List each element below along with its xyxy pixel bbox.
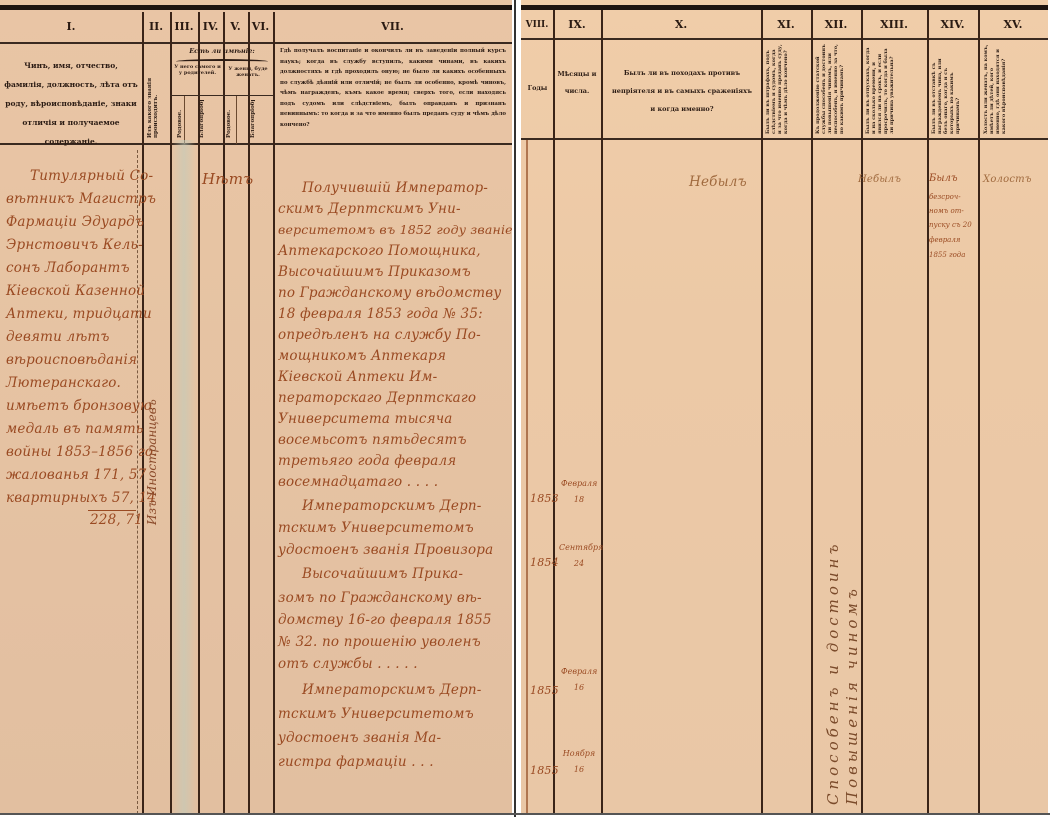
header-retirement: Былъ ли въ отставкѣ съ награжденіемъ чин… xyxy=(931,44,974,134)
col-number-3: III. xyxy=(170,13,198,41)
col-number-12: XII. xyxy=(811,11,861,39)
header-penalties: Былъ ли въ штрафахъ, подъ слѣдствіемъ и … xyxy=(765,44,807,134)
col-number-1: I. xyxy=(0,13,142,41)
header-campaigns: Былъ ли въ походахъ противъ непріятеля и… xyxy=(609,64,755,118)
right-page-service-record: VIII. IX. X. XI. XII. XIII. XIV. XV. Год… xyxy=(521,0,1048,814)
left-page-service-record: I. II. III. IV. V. VI. VII. Чинъ, имя, о… xyxy=(0,0,512,814)
col-number-4: IV. xyxy=(198,13,223,41)
header-marital-status: Холостъ или женатъ, на комъ, имѣетъ ли д… xyxy=(983,44,1043,134)
header-estates-wife: У жены, буде женатъ. xyxy=(224,66,272,78)
col-number-9: IX. xyxy=(553,11,601,39)
fitness-entry-line-1: Способенъ и достоинъ xyxy=(824,250,842,805)
campaigns-entry: Небылъ xyxy=(689,174,747,190)
page-divider xyxy=(514,0,516,817)
header-years: Годы xyxy=(522,84,553,92)
col-number-2: II. xyxy=(142,13,170,41)
header-months-days: Мѣсяцы и числа. xyxy=(557,66,597,100)
header-origin: Изъ какого званія происходитъ. xyxy=(147,50,165,138)
col-number-5: V. xyxy=(223,13,248,41)
col-number-8: VIII. xyxy=(521,11,553,39)
col-number-11: XI. xyxy=(761,11,811,39)
col-number-15: XV. xyxy=(978,11,1048,39)
header-col5: Родовое. xyxy=(226,100,238,138)
col-number-14: XIV. xyxy=(927,11,978,39)
col-number-13: XIII. xyxy=(861,11,927,39)
estates-entry: Нѣтъ xyxy=(202,170,253,188)
origin-entry: Изъ Иностранцевъ xyxy=(145,395,159,525)
header-rule xyxy=(0,42,512,44)
marital-status-entry: Холостъ xyxy=(983,174,1032,185)
header-col6: Благопріобрѣтенное. xyxy=(250,100,264,138)
col-number-6: VI. xyxy=(248,13,273,41)
header-col3: Родовое. xyxy=(177,100,189,138)
header-rank-name: Чинъ, имя, отчество, фамилія, должность,… xyxy=(4,56,138,151)
leaves-entry: Небылъ xyxy=(858,174,901,185)
header-leaves: Былъ ли въ отпускахъ, когда и на сколько… xyxy=(865,44,923,134)
col-number-7: VII. xyxy=(273,13,512,41)
header-service-history: Гдѣ получалъ воспитаніе и окончилъ ли въ… xyxy=(280,46,506,130)
top-rule xyxy=(0,5,512,10)
header-estates: Есть ли имѣніе: xyxy=(172,47,272,55)
header-col4: Благопріобрѣтенное. xyxy=(199,100,213,138)
col-number-10: X. xyxy=(601,11,761,39)
salary-total: 228, 71 xyxy=(90,512,143,528)
header-fitness-for-service: Къ продолженію статской службы способенъ… xyxy=(815,44,857,134)
fitness-entry-line-2: Повышенія чиномъ xyxy=(843,250,861,805)
header-estates-self: У него самого и у родителей. xyxy=(172,64,223,76)
bottom-border xyxy=(0,813,1050,815)
